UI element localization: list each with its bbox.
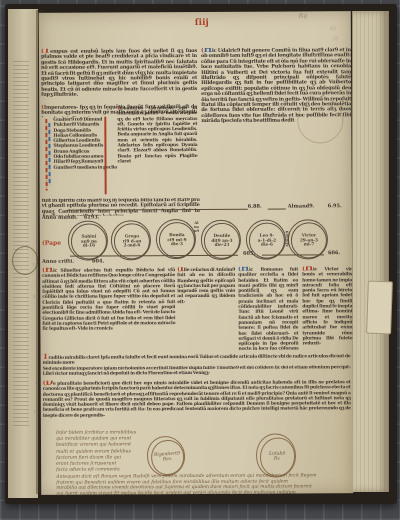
medallion-showthrough — [297, 97, 343, 143]
blue-bracket-line — [48, 123, 50, 185]
red-bracket-line — [45, 119, 47, 191]
margin-mark: q — [33, 293, 36, 298]
column-cesarius: (Ille ceſarius di Anſelm9 fuit ab eo in … — [177, 267, 235, 329]
manuscript-king-circle: Bigenbert9 Rex — [146, 435, 186, 477]
pencil-note: 50 — [332, 36, 338, 42]
anno-cristi-mid-value: 605. — [243, 251, 255, 257]
fore-edge-page-block — [352, 11, 389, 492]
names-list: Gualter9 ro9 Dimund Pulcheri9 Viduardis … — [53, 117, 125, 170]
margin-mark: 17 — [32, 262, 37, 267]
anno-mundi-right-value: 6.95. — [328, 203, 342, 209]
anno-mundi-mid-value: 6.88. — [248, 204, 262, 210]
interstitial-label: Aluan9 — [194, 222, 199, 234]
anno-cristi-left-value: 604. — [92, 258, 104, 264]
list-item: Gunther9 mediana in peclia — [54, 165, 126, 171]
anno-mundi-label: Anno mundi. — [42, 215, 78, 221]
paragraph-closing: fuit in ſpiritũ cito man9 ſoʒ in ſequẽda… — [42, 198, 200, 216]
manuscript-note-lower: Antequam dicti eſt Bonum vegni Rudolfi v… — [56, 473, 354, 497]
pape-label: (Pape — [42, 240, 61, 247]
paragraph-traditio: Traditio mirabilis claret Ipſa multa ſal… — [43, 352, 351, 366]
timeline-rule — [268, 209, 286, 210]
manuscript-king-circle: Lulub9 Rx — [255, 433, 296, 478]
anno-cristi-label: Anno criſti. — [42, 259, 74, 265]
column-romanus: (Hic Romanus fuit qualiter eccleſia a ſi… — [238, 266, 298, 350]
manuscript-note-upper: Infor bidem ſcribitur a mirabilibus qui … — [56, 430, 148, 474]
paragraph-tempus: (Tempus est euulsũ lapis iam ſuos dei ue… — [41, 48, 197, 104]
paragraph-sed: Sed excellente imperatore ipſam nicholon… — [43, 365, 351, 378]
paragraph-pluralitate: (De pluralitate beneficiorũ que dicit he… — [43, 379, 351, 425]
column-silvester: (Hic Silueſter electus fuit expulſo Bẽdi… — [42, 267, 175, 350]
paragraph-gualterus: (Gualterus Carnotẽsis eps in infirmitate… — [117, 105, 197, 197]
folio-mark: ſiij — [195, 18, 209, 28]
interstitial-label-rotated: Alman9 — [284, 225, 289, 247]
main-page: ſiij Rg 62 50 (Tempus est euulsũ lapis i… — [39, 11, 354, 495]
photo-of-incunabulum-page: 17 q 6 p ſiij Rg 62 50 (Tempus est euuls… — [0, 0, 400, 520]
pencil-squiggle: Rg — [298, 12, 307, 20]
pope-medallion: Bonifaci9 ml-9die-3 — [156, 219, 196, 259]
almand-label: Almand9. — [288, 203, 315, 209]
bookmark-tab — [366, 281, 393, 335]
facing-page-text-showthrough — [13, 58, 29, 426]
pencil-note: 62 — [330, 26, 336, 32]
anno-cristi-right-value: 606. — [328, 250, 340, 256]
facing-page-medallion-partial — [12, 246, 38, 275]
column-victor: (Hic Victor vir bonis et venerabilis hom… — [302, 266, 352, 350]
margin-mark: 6 — [35, 380, 38, 385]
margin-mark: p — [34, 408, 37, 413]
